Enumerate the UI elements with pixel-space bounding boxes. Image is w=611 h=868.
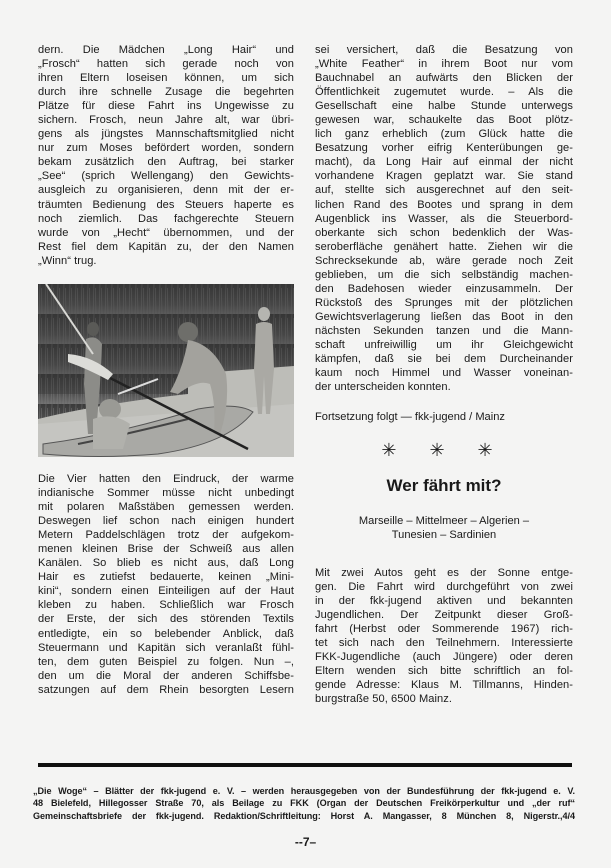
- page-number: --7–: [0, 835, 611, 849]
- text-line: indianische Sommer müsse nicht unbedingt: [38, 486, 294, 500]
- text-line: Öffentlichkeit zugemutet wurde. – Als di…: [315, 85, 573, 99]
- text-line: vorhandene Kragen geplatzt war. Sie stan…: [315, 169, 573, 183]
- text-line: „Frosch“ hatten sich gerade noch von: [38, 57, 294, 71]
- text-line: Kanälen. So blieb es nicht aus, daß Long: [38, 556, 294, 570]
- text-line: „White Feather“ in ihrem Boot nur vom: [315, 57, 573, 71]
- text-line: sichern. Frosch, neun Jahre alt, war übr…: [38, 113, 294, 127]
- text-line: Schrecksekunde ab, wäre gerade noch Zeit: [315, 254, 573, 268]
- text-line: Die Vier hatten den Eindruck, der warme: [38, 472, 294, 486]
- text-line: kämpfen, daß sie bei dem Durcheinander: [315, 352, 573, 366]
- imprint-text: „Die Woge“ – Blätter der fkk-jugend e. V…: [33, 785, 575, 822]
- left-column-top-text: dern. Die Mädchen „Long Hair“ und „Frosc…: [38, 43, 294, 268]
- text-line: Besatzung vorher eifrig Kenterübungen ge…: [315, 141, 573, 155]
- text-line: kaum noch Himmel und Wasser voneinan-: [315, 366, 573, 380]
- imprint-line: „Die Woge“ – Blätter der fkk-jugend e. V…: [33, 785, 575, 797]
- asterisk-separator-icon: ✳ ✳ ✳: [315, 440, 573, 461]
- footer-divider: [38, 763, 572, 767]
- text-line: menen kleinen Brise der Schweiß aus alle…: [38, 542, 294, 556]
- text-line: Deswegen lief schon nach einigen hundert: [38, 514, 294, 528]
- text-line: Rückstoß des Sprunges mit der plötzliche…: [315, 296, 573, 310]
- text-line: nur zum Moses befördert worden, sondern: [38, 141, 294, 155]
- text-line: Jugendlichen. Der Zeitpunkt dieser Groß-: [315, 608, 573, 622]
- article-headline: Wer fährt mit?: [315, 476, 573, 496]
- route-line-2: Tunesien – Sardinien: [315, 528, 573, 542]
- text-line: Rest fiel dem Kapitän zu, der den Namen: [38, 240, 294, 254]
- text-line: ten, dem guten Beispiel zu folgen. Nun –…: [38, 655, 294, 669]
- text-line: mit polaren Maßstäben gemessen werden.: [38, 500, 294, 514]
- text-line: ausgleich zu organisieren, denn mit der …: [38, 183, 294, 197]
- text-line: Gesellschaft eine halbe Stunde unterwegs: [315, 99, 573, 113]
- text-line: kini“, sondern einen Einteiligen auf der…: [38, 584, 294, 598]
- text-line: Bauchnabel an aufwärts den Blicken der: [315, 71, 573, 85]
- text-line: nächsten Sekunden tanzen und die Mann-: [315, 324, 573, 338]
- text-line: kleben zu haben. Schließlich war Frosch: [38, 598, 294, 612]
- text-line: „See“ (sprich Wellengang) den Gewichts-: [38, 169, 294, 183]
- text-line: Mit zwei Autos geht es der Sonne entge-: [315, 566, 573, 580]
- text-line: lichen Rand des Bootes und sprang in dem: [315, 198, 573, 212]
- text-line: Augenblick ins Wasser, als die Steuerbor…: [315, 212, 573, 226]
- imprint-line: Gemeinschaftsbriefe der fkk-jugend. Reda…: [33, 810, 575, 822]
- text-line: noch ziemlich. Das fachgerechte Steuern: [38, 212, 294, 226]
- text-line: Plätze für diese Fahrt ins Ungewisse zu: [38, 99, 294, 113]
- text-line: gens als jüngstes Mannschaftsmitglied ni…: [38, 127, 294, 141]
- text-line: satzungen auf dem Rhein besorgten Lesern: [38, 683, 294, 697]
- text-line: fahrt (Herbst oder Sommerende 1967) rich…: [315, 622, 573, 636]
- text-line: macht), da Long Hair auf einmal der nich…: [315, 155, 573, 169]
- text-line: der Erste, der sich des störenden Textil…: [38, 612, 294, 626]
- text-line: ihren Eltern loseisen können, um sich: [38, 71, 294, 85]
- text-line: auf, stellte sich ausgerechnet auf den s…: [315, 183, 573, 197]
- text-line: gende Adresse: Klaus M. Tillmanns, Hinde…: [315, 678, 573, 692]
- text-line: burgstraße 50, 6500 Mainz.: [315, 692, 573, 706]
- text-line: durch ihre schnelle Zusage die begehrten: [38, 85, 294, 99]
- text-line: Metern Paddelschlägen trotz der aufgekom…: [38, 528, 294, 542]
- text-line: der unterscheiden konnten.: [315, 380, 573, 394]
- route-subtitle: Marseille – Mittelmeer – Algerien – Tune…: [315, 514, 573, 542]
- right-column-bottom-text: Mit zwei Autos geht es der Sonne entge- …: [315, 566, 573, 706]
- text-line: Eltern wenden sich bitte schriftlich an …: [315, 664, 573, 678]
- text-line: geblieben, um die sich selbständig mache…: [315, 268, 573, 282]
- text-line: Hair es zutiefst bedauerte, keinen „Mini…: [38, 570, 294, 584]
- text-line: bekam zusätzlich den Auftrag, bei starke…: [38, 155, 294, 169]
- text-line: gen. Die Fahrt wird durchgeführt von zwe…: [315, 580, 573, 594]
- text-line: tet sich nach den Teilnehmern. Interessi…: [315, 636, 573, 650]
- text-line: den um die Moral der anderen Schiffsbe-: [38, 669, 294, 683]
- text-line: träumten Bedienung des Steuers haperte e…: [38, 198, 294, 212]
- route-line-1: Marseille – Mittelmeer – Algerien –: [315, 514, 573, 528]
- text-line: in der fkk-jugend aktiven und bekannten: [315, 594, 573, 608]
- left-column-bottom-text: Die Vier hatten den Eindruck, der warme …: [38, 472, 294, 697]
- text-line: Steuermann und Kapitän sich veranlaßt fü…: [38, 641, 294, 655]
- continuation-note: Fortsetzung folgt — fkk-jugend / Mainz: [315, 411, 573, 423]
- canoe-photo: [38, 284, 294, 457]
- text-line: Gewichtsverlagerung ließen das Boot in d…: [315, 310, 573, 324]
- imprint-line: 48 Bielefeld, Hillegosser Straße 70, als…: [33, 797, 575, 809]
- text-line: schaft unfreiwillig um ihr Gleichgewicht: [315, 338, 573, 352]
- text-line: seroberfläche genähert hatte. Ziehen wir…: [315, 240, 573, 254]
- text-line: FKK-Jugendliche (auch Jüngere) oder dere…: [315, 650, 573, 664]
- text-line: lich ganz erheblich (zum Glück hatte die: [315, 127, 573, 141]
- text-line: entledigte, ein so belebender Anblick, d…: [38, 627, 294, 641]
- photo-image: [38, 284, 294, 457]
- right-column-top-text: sei versichert, daß die Besatzung von „W…: [315, 43, 573, 394]
- text-line: „Winn“ trug.: [38, 254, 294, 268]
- text-line: den Badehosen wieder einzusammeln. Der: [315, 282, 573, 296]
- text-line: wurde von „Hecht“ übernommen, und der: [38, 226, 294, 240]
- text-line: oberkante sich schon bedenklich der Was-: [315, 226, 573, 240]
- text-line: dern. Die Mädchen „Long Hair“ und: [38, 43, 294, 57]
- text-line: sei versichert, daß die Besatzung von: [315, 43, 573, 57]
- text-line: gewesen war, schaukelte das Boot plötz-: [315, 113, 573, 127]
